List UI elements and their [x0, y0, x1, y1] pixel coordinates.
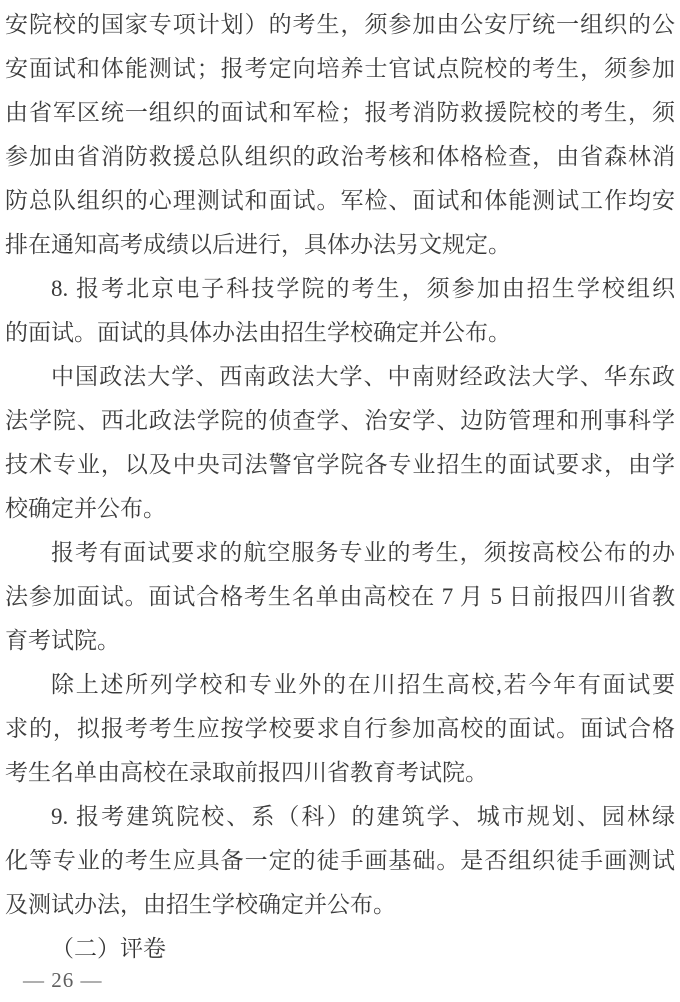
- text-line: 安面试和体能测试；报考定向培养士官试点院校的考生，须参加: [5, 47, 675, 91]
- text-line: 的面试。面试的具体办法由招生学校确定并公布。: [5, 311, 675, 355]
- text-line: 中国政法大学、西南政法大学、中南财经政法大学、华东政: [5, 355, 675, 399]
- text-line: 法学院、西北政法学院的侦查学、治安学、边防管理和刑事科学: [5, 399, 675, 443]
- text-line: 法参加面试。面试合格考生名单由高校在 7 月 5 日前报四川省教: [5, 575, 675, 619]
- text-line: 安院校的国家专项计划）的考生，须参加由公安厅统一组织的公: [5, 3, 675, 47]
- text-line: 除上述所列学校和专业外的在川招生高校,若今年有面试要: [5, 663, 675, 707]
- text-line: 化等专业的考生应具备一定的徒手画基础。是否组织徒手画测试: [5, 839, 675, 883]
- text-line: 排在通知高考成绩以后进行，具体办法另文规定。: [5, 223, 675, 267]
- page-number: — 26 —: [23, 968, 103, 993]
- text-line-item-9: 9. 报考建筑院校、系（科）的建筑学、城市规划、园林绿: [5, 795, 675, 839]
- text-line: 及测试办法，由招生学校确定并公布。: [5, 883, 675, 927]
- text-line: 求的，拟报考考生应按学校要求自行参加高校的面试。面试合格: [5, 707, 675, 751]
- text-line: 由省军区统一组织的面试和军检；报考消防救援院校的考生，须: [5, 91, 675, 135]
- text-line-item-8: 8. 报考北京电子科技学院的考生，须参加由招生学校组织: [5, 267, 675, 311]
- text-line: 参加由省消防救援总队组织的政治考核和体格检查，由省森林消: [5, 135, 675, 179]
- text-line: 育考试院。: [5, 619, 675, 663]
- text-line: 校确定并公布。: [5, 487, 675, 531]
- text-line: 技术专业，以及中央司法警官学院各专业招生的面试要求，由学: [5, 443, 675, 487]
- document-page: 安院校的国家专项计划）的考生，须参加由公安厅统一组织的公 安面试和体能测试；报考…: [0, 0, 680, 1002]
- section-heading: （二）评卷: [5, 927, 675, 971]
- text-line: 报考有面试要求的航空服务专业的考生，须按高校公布的办: [5, 531, 675, 575]
- text-line: 考生名单由高校在录取前报四川省教育考试院。: [5, 751, 675, 795]
- text-line: 防总队组织的心理测试和面试。军检、面试和体能测试工作均安: [5, 179, 675, 223]
- body-text: 安院校的国家专项计划）的考生，须参加由公安厅统一组织的公 安面试和体能测试；报考…: [5, 3, 675, 971]
